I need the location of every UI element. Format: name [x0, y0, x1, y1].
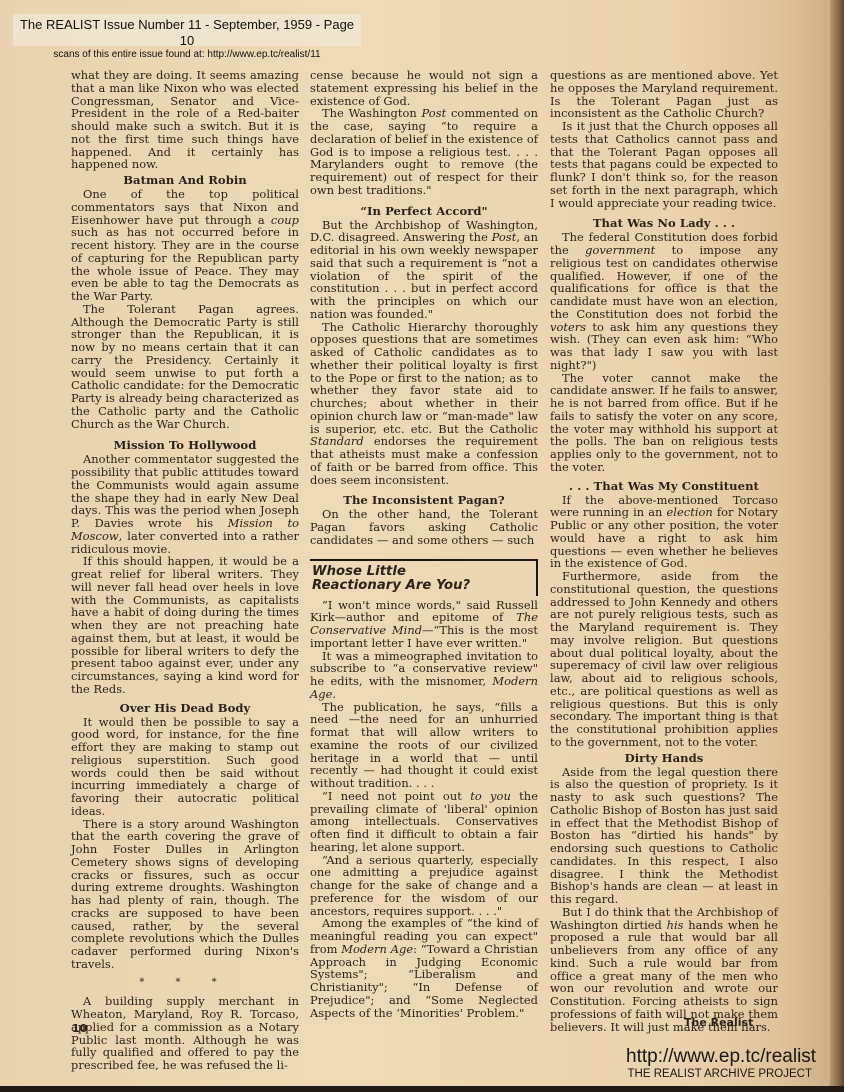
subheading-inconsistent-pagan: The Inconsistent Pagan? [310, 494, 538, 507]
archive-url: http://www.ep.tc/realist [626, 1047, 812, 1067]
paragraph: Another commentator suggested the possib… [71, 453, 299, 555]
paragraph: Among the examples of “the kind of meani… [310, 917, 538, 1019]
paragraph: cense because he would not sign a statem… [310, 69, 538, 107]
page-number: 10 [72, 1022, 87, 1035]
banner-subtitle: scans of this entire issue found at: htt… [13, 49, 361, 61]
subheading-over-his-dead-body: Over His Dead Body [71, 702, 299, 715]
paragraph: If the above-mentioned Torcaso were runn… [550, 494, 778, 571]
column-3: questions as are mentioned above. Yet he… [550, 69, 778, 1033]
scan-banner: The REALIST Issue Number 11 - September,… [13, 14, 361, 46]
paragraph: “I won't mince words," said Russell Kirk… [310, 599, 538, 650]
paragraph: The Catholic Hierarchy thoroughly oppose… [310, 321, 538, 487]
subheading-that-was-no-lady: That Was No Lady . . . [550, 217, 778, 230]
subheading-batman-and-robin: Batman And Robin [71, 174, 299, 187]
paragraph: A building supply merchant in Wheaton, M… [71, 995, 299, 1072]
binding-spine [830, 0, 844, 1092]
paragraph: questions as are mentioned above. Yet he… [550, 69, 778, 120]
scan-bottom-edge [0, 1086, 844, 1092]
paragraph: what they are doing. It seems amazing th… [71, 69, 299, 171]
section-separator-stars: * * * [71, 977, 299, 990]
paragraph: But I do think that the Archbishop of Wa… [550, 906, 778, 1034]
subheading-that-was-my-constituent: . . . That Was My Constituent [550, 480, 778, 493]
paragraph: But the Archbishop of Washington, D.C. d… [310, 219, 538, 321]
paragraph: One of the top political commentators sa… [71, 188, 299, 303]
archive-watermark: http://www.ep.tc/realist THE REALIST ARC… [626, 1047, 812, 1081]
paragraph: “And a serious quarterly, especially one… [310, 854, 538, 918]
boxed-heading-line-2: Reactionary Are You? [312, 579, 528, 593]
magazine-page: The REALIST Issue Number 11 - September,… [0, 0, 844, 1092]
paragraph: It would then be possible to say a good … [71, 716, 299, 818]
column-1: what they are doing. It seems amazing th… [71, 69, 299, 1072]
masthead-signature: The Realist [684, 1016, 753, 1029]
paragraph: Aside from the legal question there is a… [550, 766, 778, 906]
column-2: cense because he would not sign a statem… [310, 69, 538, 1019]
paragraph: There is a story around Washington that … [71, 818, 299, 971]
boxed-heading-line-1: Whose Little [312, 565, 528, 579]
archive-project-label: THE REALIST ARCHIVE PROJECT [626, 1067, 812, 1081]
paragraph: Is it just that the Church opposes all t… [550, 120, 778, 209]
paragraph: The publication, he says, “fills a need … [310, 701, 538, 790]
paragraph: It was a mimeographed invitation to subs… [310, 650, 538, 701]
paragraph: Furthermore, aside from the constitution… [550, 570, 778, 749]
subheading-mission-to-hollywood: Mission To Hollywood [71, 439, 299, 452]
paragraph: On the other hand, the Tolerant Pagan fa… [310, 508, 538, 546]
paragraph: If this should happen, it would be a gre… [71, 555, 299, 695]
banner-title: The REALIST Issue Number 11 - September,… [13, 17, 361, 49]
paragraph: The Washington Post commented on the cas… [310, 107, 538, 196]
paragraph: “I need not point out to you the prevail… [310, 790, 538, 854]
paragraph: The voter cannot make the candidate answ… [550, 372, 778, 474]
paragraph: The federal Constitution does forbid the… [550, 231, 778, 371]
paragraph: The Tolerant Pagan agrees. Although the … [71, 303, 299, 431]
subheading-in-perfect-accord: “In Perfect Accord" [310, 205, 538, 218]
boxed-article-heading: Whose Little Reactionary Are You? [310, 559, 538, 596]
subheading-dirty-hands: Dirty Hands [550, 752, 778, 765]
